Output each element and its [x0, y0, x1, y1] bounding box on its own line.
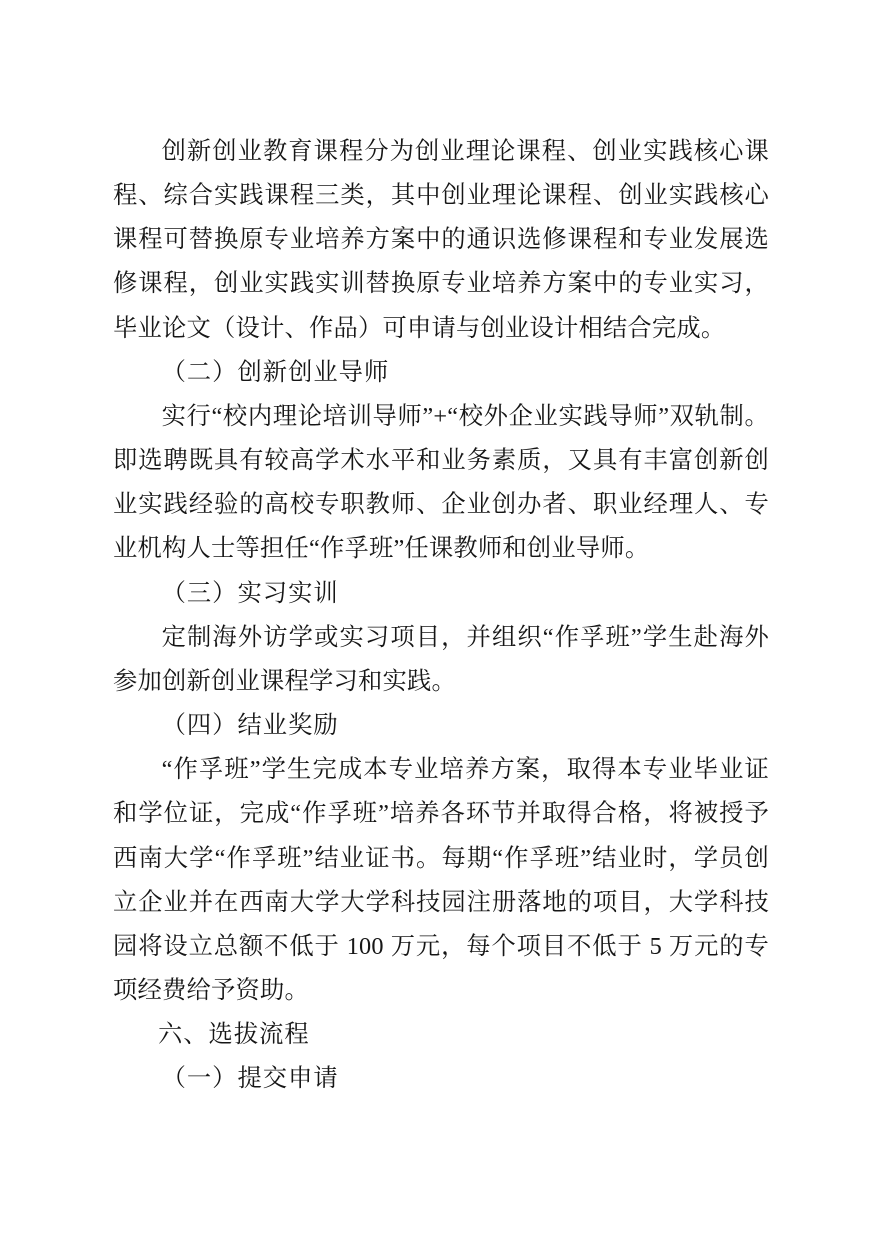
paragraph-dual-track-mentor-system: 实行“校内理论培训导师”+“校外企业实践导师”双轨制。即选聘既具有较高学术水平和… — [113, 395, 769, 572]
heading-section-4-graduation-reward: （四）结业奖励 — [113, 704, 769, 748]
document-content: 创新创业教育课程分为创业理论课程、创业实践核心课程、综合实践课程三类，其中创业理… — [113, 130, 769, 1101]
paragraph-graduation-certificate-and-funding: “作孚班”学生完成本专业培养方案，取得本专业毕业证和学位证，完成“作孚班”培养各… — [113, 748, 769, 1013]
heading-subsection-1-submit-application: （一）提交申请 — [113, 1057, 769, 1101]
document-page: 创新创业教育课程分为创业理论课程、创业实践核心课程、综合实践课程三类，其中创业理… — [0, 0, 880, 1245]
paragraph-course-categories-and-replacement: 创新创业教育课程分为创业理论课程、创业实践核心课程、综合实践课程三类，其中创业理… — [113, 130, 769, 351]
heading-section-2-innovation-mentors: （二）创新创业导师 — [113, 351, 769, 395]
heading-section-3-internship-training: （三）实习实训 — [113, 572, 769, 616]
paragraph-overseas-study-program: 定制海外访学或实习项目，并组织“作孚班”学生赴海外参加创新创业课程学习和实践。 — [113, 616, 769, 704]
heading-chapter-6-selection-process: 六、选拔流程 — [113, 1013, 769, 1057]
